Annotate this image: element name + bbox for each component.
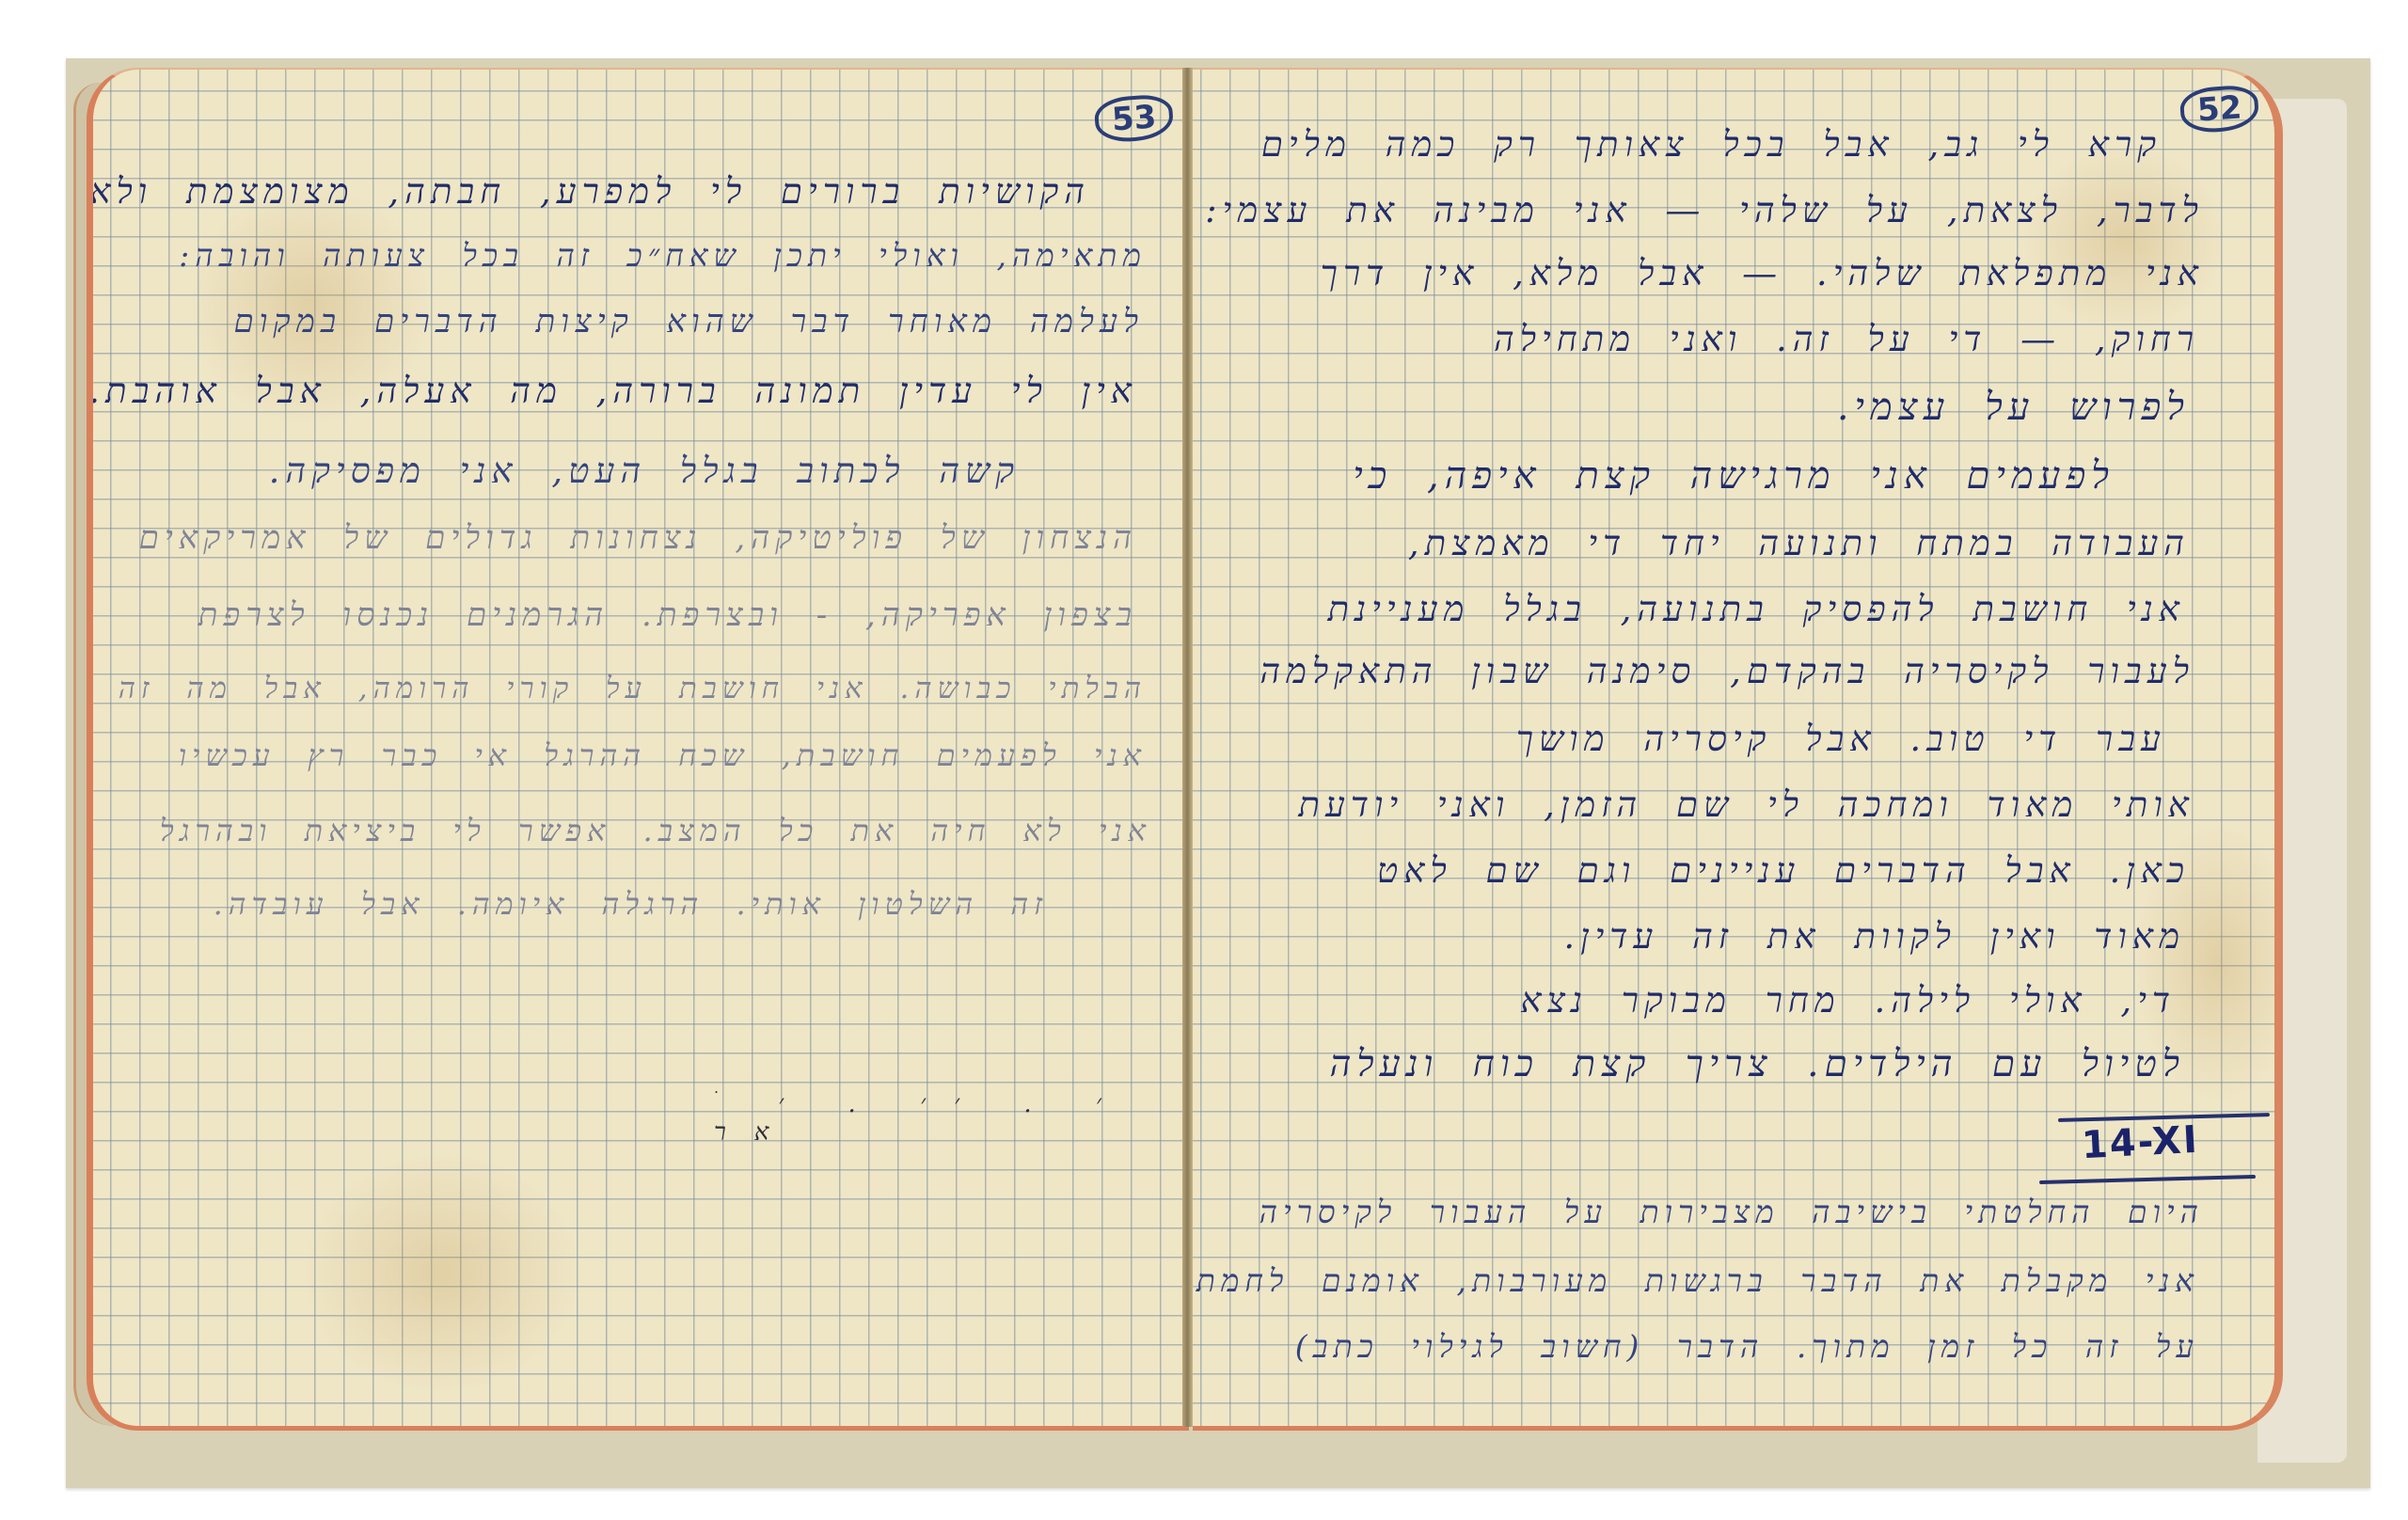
right-page: 52 קרא לי גב, אבל בכל צאותך רק כמה מלים …: [1193, 68, 2283, 1431]
handwritten-line: די, אולי לילה. מחר מבוקר נצא: [1520, 980, 2176, 1021]
handwritten-line: אני חושבת להפסיק בתנועה, בגלל מעניינת: [1328, 589, 2185, 630]
handwritten-line: לפעמים אני מרגישה קצת איפה, כי: [1353, 453, 2115, 498]
date-underline: [2039, 1175, 2256, 1184]
left-page: 53 הקושיות ברורים לי למפרע, חבתה, מצומצמ…: [87, 68, 1189, 1431]
ink-marks: ׄ ׳ . ׳׳ . ׳ אר: [714, 1090, 1189, 1147]
handwritten-line: אני מתפלאת שלהי. — אבל מלא, אין דרך: [1321, 253, 2204, 294]
handwritten-line: הנצחון של פוליטיקה, נצחונות גדולים של אמ…: [139, 519, 1137, 557]
handwritten-line: אני לפעמים חושבת, שכח ההרגל אי כבר רץ עכ…: [179, 737, 1147, 773]
handwritten-line: לעלמה מאוחר דבר שהוא קיצות הדברים במקום: [234, 303, 1144, 340]
handwritten-line: מתאימה, ואולי יתכן שאח״כ זה בכל צעותה וה…: [179, 237, 1147, 275]
handwritten-line: לדבר, לצאת, על שלהי — אני מבינה את עצמי:: [1205, 190, 2204, 231]
handwritten-line: העבודה במתח ותנועה יחד די מאמצת,: [1408, 523, 2190, 564]
handwritten-line: היום החלטתי בישיבה מצבירות על העבור לקיס…: [1259, 1194, 2204, 1231]
page-number-badge: 52: [2178, 84, 2259, 135]
entry-date: 14-XI: [2081, 1118, 2200, 1167]
handwritten-line: לטיול עם הילדים. צריך קצת כוח ונעלה: [1330, 1043, 2185, 1085]
handwritten-line: לפרוש על עצמי.: [1837, 385, 2190, 429]
paper-stain: [2020, 145, 2227, 333]
page-number-badge: 53: [1093, 93, 1174, 144]
handwritten-line: עבר די טוב. אבל קיסריה מושך: [1516, 719, 2166, 760]
handwritten-line: על זה כל זמן מתוך. הדבר (חשוב לגילוי כתב…: [1295, 1328, 2199, 1366]
paper-stain: [300, 1151, 582, 1396]
handwritten-line: רחוק, — די על זה. ואני מתחילה: [1494, 319, 2199, 360]
handwritten-line: בצפון אפריקה, - ובצרפת. הגרמנים נכנסו לצ…: [198, 596, 1137, 634]
handwritten-line: אותי מאוד ומחכה לי שם הזמן, ואני יודעת: [1298, 784, 2194, 826]
handwritten-line: לעבור לקיסריה בהקדם, סימנה שבון התאקלמה: [1259, 651, 2194, 692]
notebook-spine: [1182, 68, 1193, 1427]
handwritten-line: מאוד ואין לקוות את זה עדין.: [1563, 916, 2185, 958]
handwritten-line: כאן. אבל הדברים עניינים וגם שם לאט: [1377, 850, 2190, 892]
handwritten-line: אין לי עדין תמונה ברורה, מה אעלה, אבל או…: [88, 371, 1137, 412]
handwritten-line: הקושיות ברורים לי למפרע, חבתה, מצומצמת ו…: [89, 171, 1090, 213]
handwritten-line: הבלתי כבושה. אני חושבת על קורי הרומה, אב…: [87, 672, 1147, 705]
handwritten-line: קרא לי גב, אבל בכל צאותך רק כמה מלים: [1261, 124, 2162, 166]
handwritten-line: זה השלטון אותי. הרגלה איומה. אבל עובדה.: [214, 886, 1048, 922]
handwritten-line: אני לא חיה את כל המצב. אפשר לי ביציאת וב…: [160, 813, 1151, 848]
handwritten-line: קשה לכתוב בגלל העט, אני מפסיקה.: [269, 451, 1020, 492]
handwritten-line: אני מקבלת את הדבר ברגשות מעורבות, אומנם …: [1193, 1262, 2199, 1300]
